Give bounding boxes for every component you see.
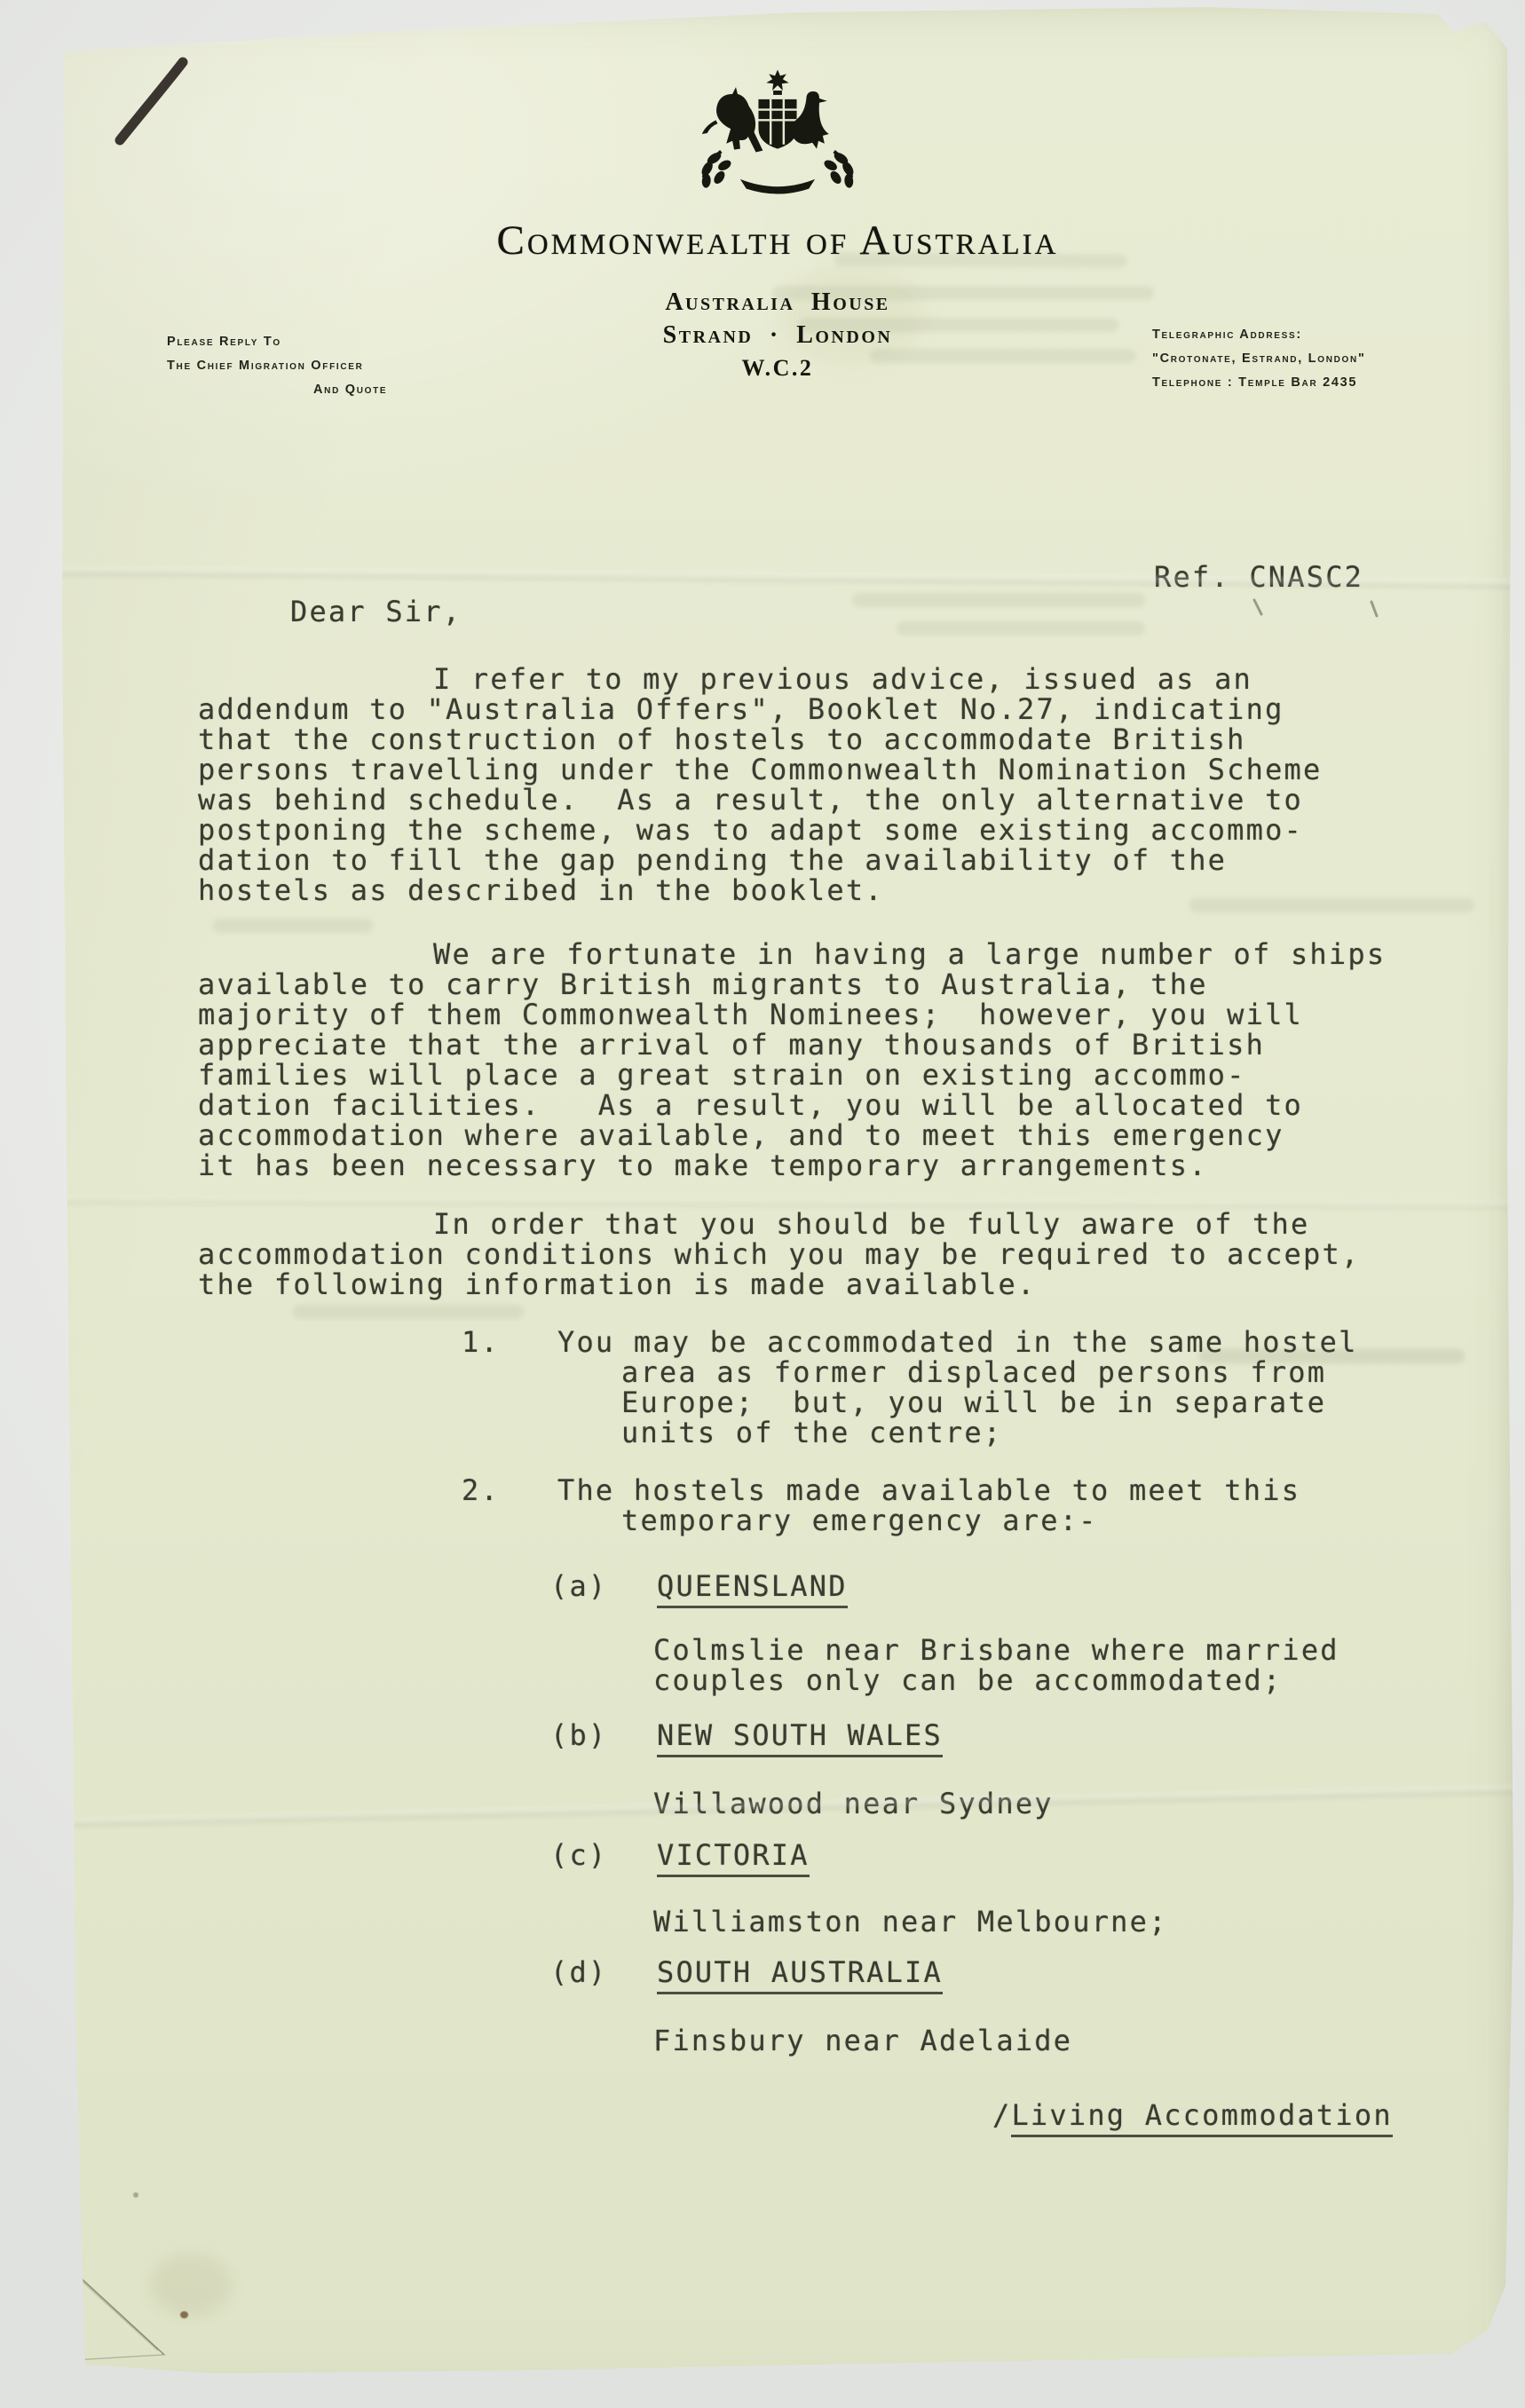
item-number: 2. (462, 1475, 500, 1505)
paragraph-line: hostels as described in the booklet. (198, 875, 1322, 905)
banner-scroll (740, 179, 815, 194)
state-detail: Finsbury near Adelaide (653, 2025, 1072, 2056)
ink-speck (180, 2311, 188, 2318)
telephone-line: Telephone : Temple Bar 2435 (1152, 371, 1454, 395)
state-item-new-south-wales: (b) NEW SOUTH WALES (550, 1720, 943, 1757)
bleed-through-mark (213, 919, 373, 933)
telegraphic-address-value: "Crotonate, Estrand, London" (1152, 347, 1454, 371)
item-line: temporary emergency are:- (557, 1505, 1394, 1536)
state-heading: SOUTH AUSTRALIA (657, 1957, 943, 1994)
state-item-queensland: (a) QUEENSLAND (550, 1571, 848, 1608)
state-letter: (d) (550, 1957, 607, 1987)
paragraph: We are fortunate in having a large numbe… (198, 939, 1386, 1180)
paragraph-line: that the construction of hostels to acco… (198, 724, 1322, 754)
item-line: The hostels made available to meet this (557, 1475, 1394, 1505)
address-line: Australia House (165, 286, 1390, 319)
paragraph-line: available to carry British migrants to A… (198, 969, 1386, 999)
letter-page: Commonwealth of Australia Australia Hous… (0, 0, 1525, 2408)
australian-coat-of-arms-icon (695, 67, 860, 199)
item-line: You may be accommodated in the same host… (557, 1327, 1394, 1357)
shield (758, 99, 796, 149)
numbered-item-2: 2. The hostels made available to meet th… (462, 1475, 1394, 1536)
continuation-text: Living Accommodation (1011, 2100, 1392, 2137)
state-item-south-australia: (d) SOUTH AUSTRALIA (550, 1957, 943, 1994)
reply-to-line: Please Reply To (167, 330, 433, 354)
scanned-letter-background: Commonwealth of Australia Australia Hous… (0, 0, 1525, 2408)
item-line: units of the centre; (557, 1417, 1394, 1448)
state-detail: Villawood near Sydney (653, 1788, 1054, 1819)
numbered-item-1: 1. You may be accommodated in the same h… (462, 1327, 1394, 1448)
paragraph-line: addendum to "Australia Offers", Booklet … (198, 694, 1322, 724)
reply-to-line: The Chief Migration Officer (167, 354, 433, 378)
wattle-branches (699, 150, 856, 188)
paragraph-line: In order that you should be fully aware … (198, 1209, 1360, 1239)
pen-mark (98, 51, 204, 154)
emblem-row (165, 67, 1390, 202)
paragraph-line: appreciate that the arrival of many thou… (198, 1030, 1386, 1060)
kangaroo-tail (702, 120, 718, 134)
state-detail: Williamston near Melbourne; (653, 1907, 1168, 1937)
state-letter: (c) (550, 1840, 607, 1870)
paragraph-line: majority of them Commonwealth Nominees; … (198, 999, 1386, 1030)
item-number: 1. (462, 1327, 500, 1357)
paragraph: In order that you should be fully aware … (198, 1209, 1360, 1299)
paragraph-line: the following information is made availa… (198, 1269, 1360, 1299)
state-letter: (a) (550, 1571, 607, 1601)
org-title: Commonwealth of Australia (165, 217, 1390, 264)
state-detail-line: Williamston near Melbourne; (653, 1907, 1168, 1937)
state-item-victoria: (c) VICTORIA (550, 1840, 810, 1877)
state-detail-line: Colmslie near Brisbane where married (653, 1635, 1339, 1665)
salutation: Dear Sir, (290, 596, 462, 627)
crest-star (766, 70, 788, 91)
paragraph-line: was behind schedule. As a result, the on… (198, 785, 1322, 815)
paragraph: I refer to my previous advice, issued as… (198, 664, 1322, 905)
stray-ink-mark (1247, 593, 1389, 628)
bleed-through-mark (852, 593, 1145, 607)
paragraph-line: accommodation where available, and to me… (198, 1120, 1386, 1150)
crest-base (773, 91, 782, 95)
paragraph-line: I refer to my previous advice, issued as… (198, 664, 1322, 694)
item-line: Europe; but, you will be in separate (557, 1387, 1394, 1417)
bleed-through-mark (897, 621, 1145, 636)
state-heading: VICTORIA (657, 1840, 810, 1877)
state-letter: (b) (550, 1720, 607, 1750)
bleed-through-mark (293, 1305, 524, 1319)
state-detail: Colmslie near Brisbane where married cou… (653, 1635, 1339, 1695)
contact-block: Telegraphic Address: "Crotonate, Estrand… (1152, 323, 1454, 395)
paragraph-line: dation facilities. As a result, you will… (198, 1090, 1386, 1120)
paragraph-line: it has been necessary to make temporary … (198, 1150, 1386, 1180)
paragraph-line: accommodation conditions which you may b… (198, 1239, 1360, 1269)
folded-corner (44, 2244, 178, 2368)
paragraph-line: persons travelling under the Commonwealt… (198, 754, 1322, 785)
state-detail-line: Finsbury near Adelaide (653, 2025, 1072, 2056)
paragraph-line: dation to fill the gap pending the avail… (198, 845, 1322, 875)
continuation-slash: / (992, 2098, 1011, 2132)
state-heading: NEW SOUTH WALES (657, 1720, 943, 1757)
continuation-note: /Living Accommodation (992, 2100, 1393, 2137)
paragraph-line: postponing the scheme, was to adapt some… (198, 815, 1322, 845)
paragraph-line: We are fortunate in having a large numbe… (198, 939, 1386, 969)
paragraph-line: families will place a great strain on ex… (198, 1060, 1386, 1090)
reply-to-line: And Quote (167, 378, 433, 402)
state-detail-line: couples only can be accommodated; (653, 1665, 1339, 1695)
state-detail-line: Villawood near Sydney (653, 1788, 1054, 1819)
item-line: area as former displaced persons from (557, 1357, 1394, 1387)
state-heading: QUEENSLAND (657, 1571, 848, 1608)
kangaroo-supporter (716, 87, 762, 152)
reply-to-block: Please Reply To The Chief Migration Offi… (167, 330, 433, 402)
telegraphic-address-label: Telegraphic Address: (1152, 323, 1454, 347)
ink-speck (133, 2192, 138, 2198)
reference-number: Ref. CNASC2 (1154, 562, 1363, 592)
